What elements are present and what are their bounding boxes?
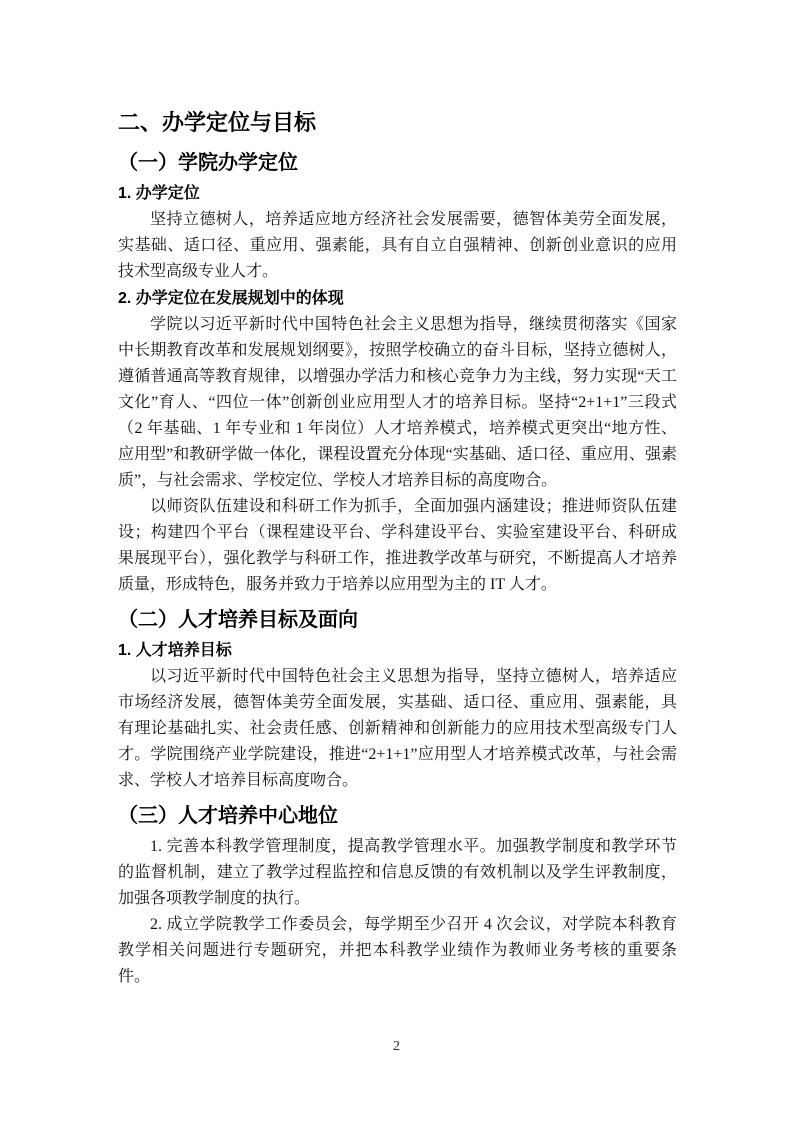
section-2-sub-1-paragraph: 以习近平新时代中国特色社会主义思想为指导，坚持立德树人，培养适应市场经济发展，德… — [118, 664, 677, 794]
section-2-heading: （二）人才培养目标及面向 — [118, 606, 677, 635]
document-page: 二、办学定位与目标 （一）学院办学定位 1. 办学定位 坚持立德树人，培养适应地… — [0, 0, 793, 1122]
section-1-sub-1-paragraph: 坚持立德树人，培养适应地方经济社会发展需要，德智体美劳全面发展，实基础、适口径、… — [118, 207, 677, 285]
page-heading: 二、办学定位与目标 — [118, 107, 677, 138]
section-3-paragraph-2: 2. 成立学院教学工作委员会，每学期至少召开 4 次会议，对学院本科教育教学相关… — [118, 912, 677, 990]
section-1-heading: （一）学院办学定位 — [118, 149, 677, 178]
section-1-sub-1-heading: 1. 办学定位 — [118, 181, 677, 207]
section-3-paragraph-1: 1. 完善本科教学管理制度，提高教学管理水平。加强教学制度和教学环节的监督机制，… — [118, 834, 677, 912]
section-1-sub-2-paragraph-2: 以师资队伍建设和科研工作为抓手，全面加强内涵建设；推进师资队伍建设；构建四个平台… — [118, 494, 677, 598]
page-number: 2 — [0, 1039, 793, 1055]
section-3-heading: （三）人才培养中心地位 — [118, 802, 677, 831]
section-1-sub-2-paragraph-1: 学院以习近平新时代中国特色社会主义思想为指导，继续贯彻落实《国家中长期教育改革和… — [118, 312, 677, 494]
section-2-sub-1-heading: 1. 人才培养目标 — [118, 638, 677, 664]
section-1-sub-2-heading: 2. 办学定位在发展规划中的体现 — [118, 286, 677, 312]
